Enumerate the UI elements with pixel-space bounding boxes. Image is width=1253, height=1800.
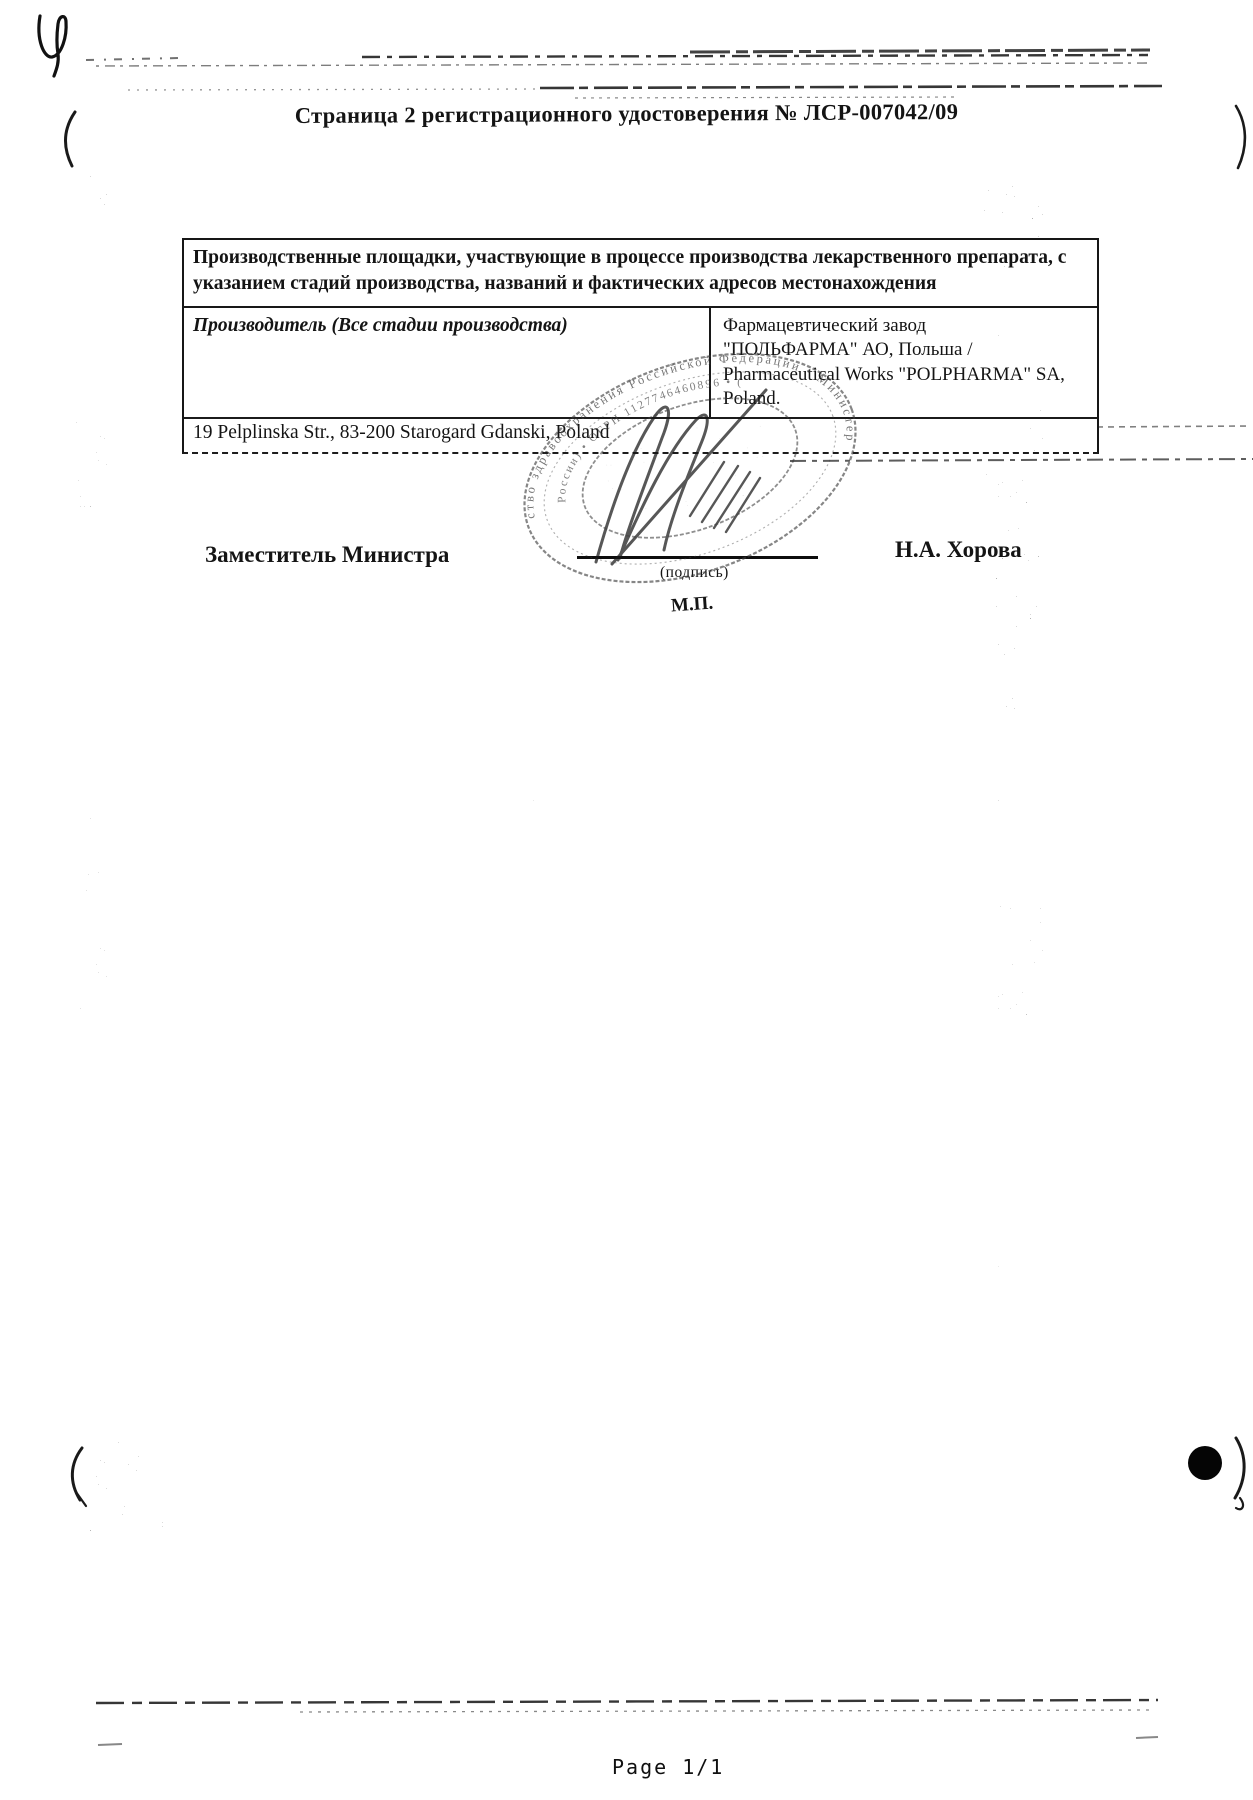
manufacturer-line: "ПОЛЬФАРМА" АО, Польша / <box>723 338 1089 362</box>
manufacturer-line: Poland. <box>723 387 1089 411</box>
signer-name: Н.А. Хорова <box>895 537 1022 563</box>
signature-caption: (подпись) <box>660 564 729 582</box>
page-title: Страница 2 регистрационного удостоверени… <box>0 97 1253 131</box>
production-sites-table: Производственные площадки, участвующие в… <box>182 238 1099 454</box>
signature-line <box>577 556 818 559</box>
manufacturer-line: Фармацевтический завод <box>723 314 1089 338</box>
producer-cell: Производитель (Все стадии производства) <box>184 308 711 417</box>
scanned-certificate-page: Ч Страница 2 регистрационного удостовере… <box>0 0 1253 1800</box>
manufacturer-cell: Фармацевтический завод "ПОЛЬФАРМА" АО, П… <box>711 308 1097 417</box>
handwritten-mark <box>39 16 66 76</box>
mid-page-smudge <box>536 806 558 818</box>
manufacturer-line: Pharmaceutical Works "POLPHARMA" SA, <box>723 363 1089 387</box>
page-footer: Page 1/1 <box>612 1755 724 1779</box>
address-row: 19 Pelplinska Str., 83-200 Starogard Gda… <box>184 419 1097 452</box>
bottom-scan-lines <box>96 1700 1158 1745</box>
table-row: Производитель (Все стадии производства) … <box>184 308 1097 419</box>
mid-page-smudge <box>498 778 568 802</box>
table-header-cell: Производственные площадки, участвующие в… <box>184 240 1097 308</box>
signer-title: Заместитель Министра <box>205 542 449 568</box>
seal-place-abbr: М.П. <box>670 593 714 618</box>
top-scan-lines <box>86 50 1162 98</box>
left-edge-noise <box>64 110 178 1638</box>
ink-dot <box>1188 1446 1222 1480</box>
